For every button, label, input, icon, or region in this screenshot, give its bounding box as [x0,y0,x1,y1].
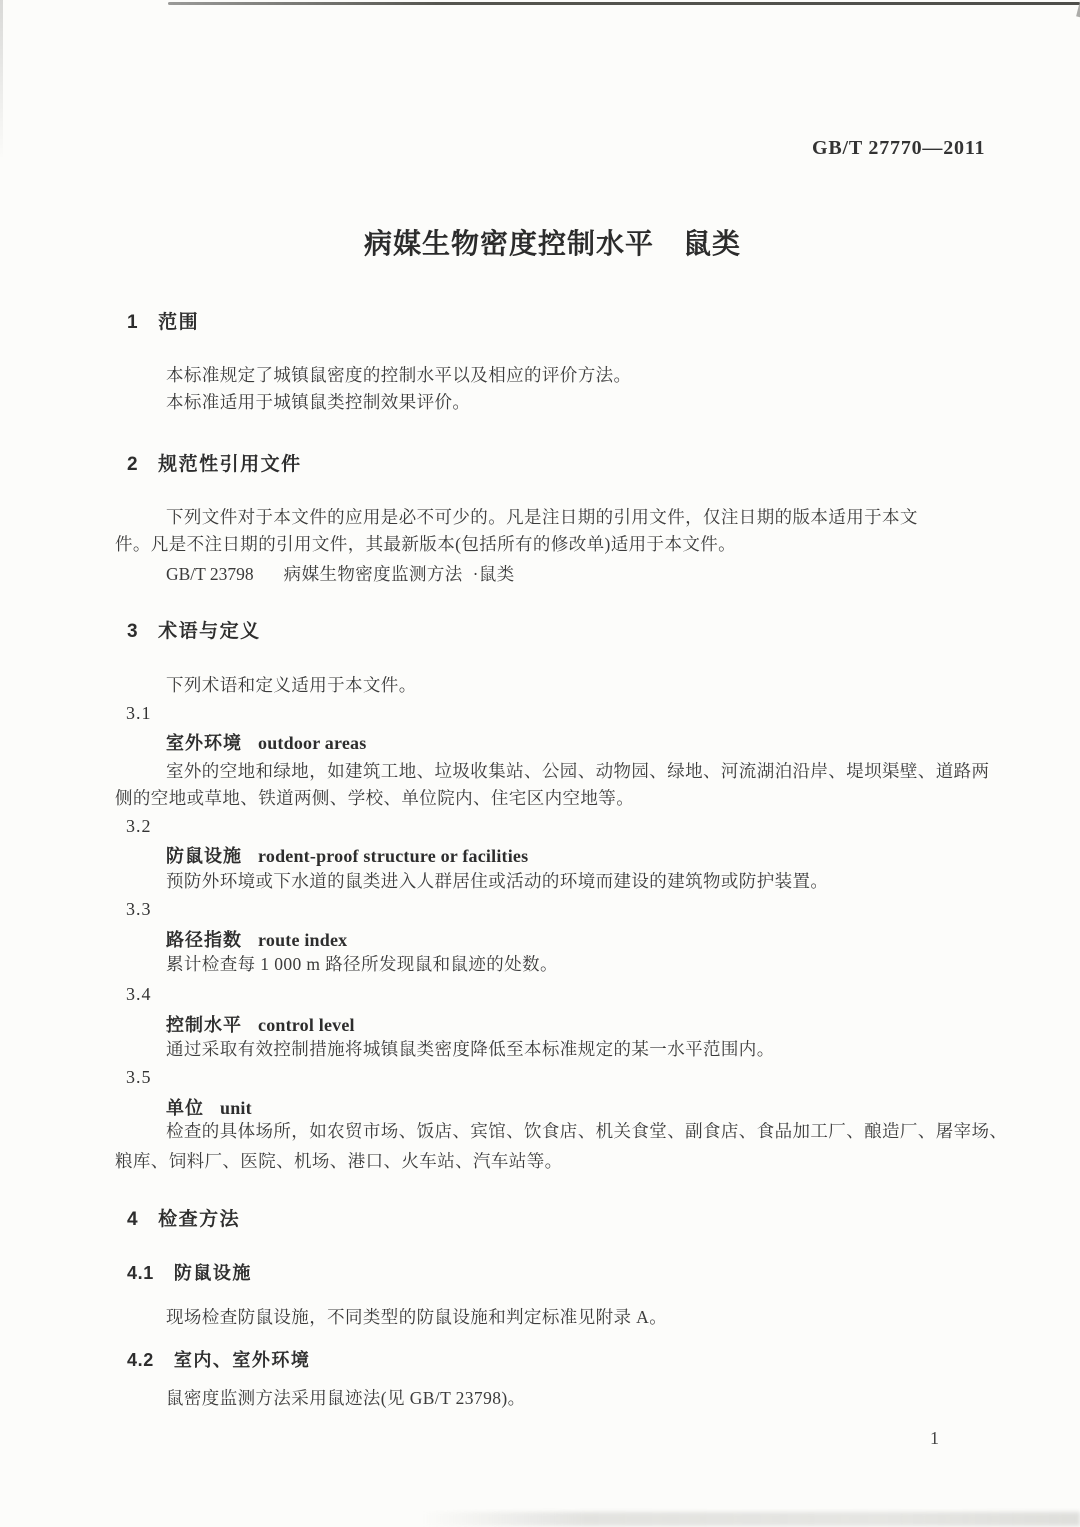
term-heading: 防鼠设施rodent-proof structure or facilities [166,842,528,868]
paragraph-line: 下列文件对于本文件的应用是必不可少的。凡是注日期的引用文件，仅注日期的版本适用于… [166,507,918,528]
term-heading: 路径指数route index [166,926,347,952]
term-name-en: outdoor areas [258,733,366,753]
section-number: 1 [127,312,138,333]
term-number: 3.4 [126,984,152,1005]
term-name-zh: 单位 [166,1098,204,1118]
term-number: 3.3 [126,899,152,920]
paragraph-line: 鼠密度监测方法采用鼠迹法(见 GB/T 23798)。 [166,1388,526,1409]
document-page: GB/T 27770—2011 病媒生物密度控制水平 鼠类 1范围 本标准规定了… [0,0,1080,1527]
term-number: 3.5 [126,1067,152,1088]
term-name-en: control level [258,1015,355,1035]
standard-code: GB/T 27770—2011 [812,137,985,160]
term-definition-line: 累计检查每 1 000 m 路径所发现鼠和鼠迹的处数。 [166,954,558,975]
scan-edge-line [168,2,1080,5]
section-title: 术语与定义 [158,621,261,642]
term-number: 3.1 [126,703,152,724]
term-name-zh: 防鼠设施 [166,846,242,866]
paragraph-line: 本标准规定了城镇鼠密度的控制水平以及相应的评价方法。 [166,365,631,386]
section-number: 4 [127,1209,138,1230]
section-4-1-heading: 4.1防鼠设施 [127,1259,252,1285]
term-name-zh: 控制水平 [166,1015,242,1035]
term-definition-line: 预防外环境或下水道的鼠类进入人群居住或活动的环境而建设的建筑物或防护装置。 [166,871,828,892]
reference-title: 病媒生物密度监测方法 [284,564,463,584]
reference-category: ·鼠类 [473,564,515,584]
term-definition-line: 侧的空地或草地、铁道两侧、学校、单位院内、住宅区内空地等。 [115,788,634,809]
section-4-heading: 4检查方法 [127,1204,240,1231]
section-number: 4.1 [127,1263,154,1283]
scan-left-edge [0,0,3,160]
term-number: 3.2 [126,816,152,837]
paragraph-line: 本标准适用于城镇鼠类控制效果评价。 [166,392,470,413]
normative-reference: GB/T 23798病媒生物密度监测方法·鼠类 [166,561,515,586]
section-title: 检查方法 [158,1209,240,1230]
term-name-zh: 室外环境 [166,733,242,753]
section-title: 规范性引用文件 [158,454,302,475]
term-name-en: rodent-proof structure or facilities [258,846,528,866]
term-definition-line: 通过采取有效控制措施将城镇鼠类密度降低至本标准规定的某一水平范围内。 [166,1039,775,1060]
section-number: 4.2 [127,1350,154,1370]
paragraph-line: 现场检查防鼠设施，不同类型的防鼠设施和判定标准见附录 A。 [166,1307,667,1328]
term-name-zh: 路径指数 [166,930,242,950]
paragraph-line: 下列术语和定义适用于本文件。 [166,675,417,696]
section-3-heading: 3术语与定义 [127,616,261,643]
section-2-heading: 2规范性引用文件 [127,449,302,476]
section-title: 防鼠设施 [174,1263,252,1283]
term-definition-line: 粮库、饲料厂、医院、机场、港口、火车站、汽车站等。 [115,1151,563,1172]
section-title: 范围 [158,312,199,333]
section-4-2-heading: 4.2室内、室外环境 [127,1346,310,1372]
page-number: 1 [930,1428,939,1449]
term-heading: 单位unit [166,1094,252,1120]
term-definition-line: 检查的具体场所，如农贸市场、饭店、宾馆、饮食店、机关食堂、副食店、食品加工厂、酿… [166,1121,1007,1142]
term-name-en: unit [220,1098,252,1118]
term-heading: 控制水平control level [166,1011,355,1037]
section-title: 室内、室外环境 [174,1350,311,1370]
term-heading: 室外环境outdoor areas [166,729,366,755]
term-name-en: route index [258,930,347,950]
paragraph-line: 件。凡是不注日期的引用文件，其最新版本(包括所有的修改单)适用于本文件。 [115,534,736,555]
section-number: 3 [127,621,138,642]
reference-code: GB/T 23798 [166,564,254,584]
scan-bottom-shadow [420,1512,1080,1526]
term-definition-line: 室外的空地和绿地，如建筑工地、垃圾收集站、公园、动物园、绿地、河流湖泊沿岸、堤坝… [166,761,989,782]
document-title: 病媒生物密度控制水平 鼠类 [364,222,741,262]
section-1-heading: 1范围 [127,307,199,334]
section-number: 2 [127,454,138,475]
